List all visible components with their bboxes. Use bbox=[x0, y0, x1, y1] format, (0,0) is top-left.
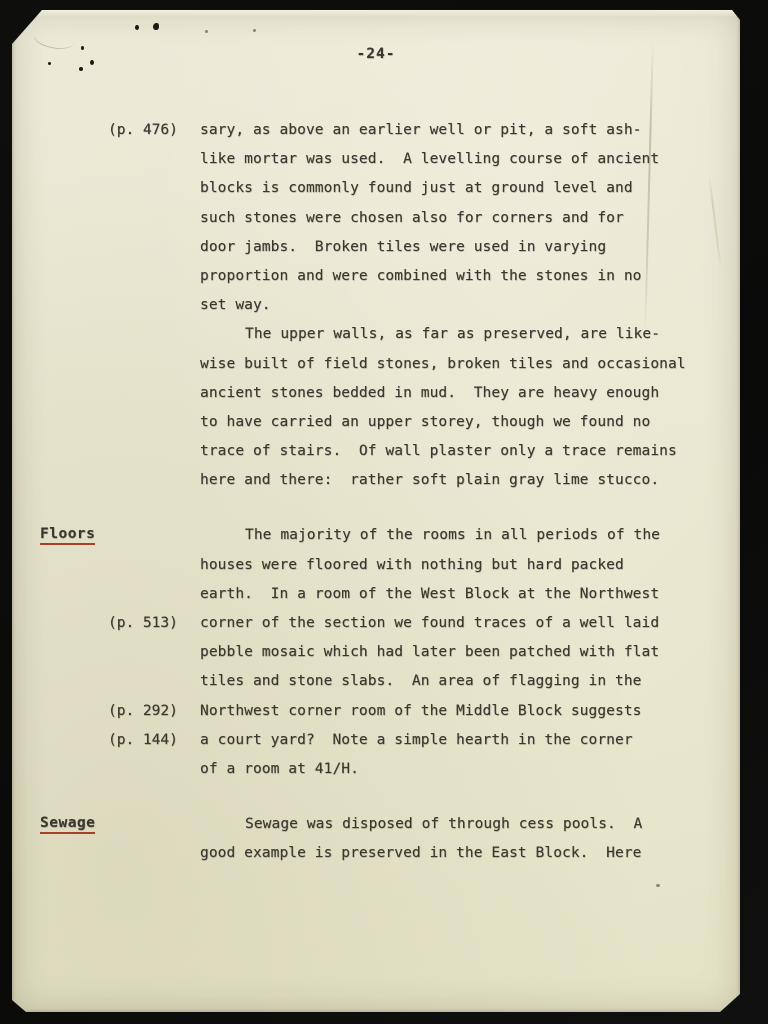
page-number: -24- bbox=[12, 46, 740, 62]
typed-line: Sewage Sewage was disposed of through ce… bbox=[12, 812, 740, 841]
typed-text: tiles and stone slabs. An area of flaggi… bbox=[200, 669, 740, 689]
typed-text: of a room at 41/H. bbox=[200, 757, 740, 777]
typed-text: The majority of the rooms in all periods… bbox=[200, 523, 740, 543]
section-heading: Sewage bbox=[40, 815, 95, 834]
typed-line: (p. 144) a court yard? Note a simple hea… bbox=[12, 728, 740, 757]
typed-text: earth. In a room of the West Block at th… bbox=[200, 582, 740, 602]
typed-text: set way. bbox=[200, 293, 740, 313]
typed-line: set way. bbox=[12, 293, 740, 322]
typed-text: wise built of field stones, broken tiles… bbox=[200, 352, 740, 372]
typed-line: wise built of field stones, broken tiles… bbox=[12, 352, 740, 381]
typed-line: to have carried an upper storey, though … bbox=[12, 410, 740, 439]
typed-text: proportion and were combined with the st… bbox=[200, 264, 740, 284]
staple-hole bbox=[153, 23, 159, 30]
typed-line: trace of stairs. Of wall plaster only a … bbox=[12, 439, 740, 468]
typed-text: Northwest corner room of the Middle Bloc… bbox=[200, 699, 740, 719]
typed-text: blocks is commonly found just at ground … bbox=[200, 176, 740, 196]
paper-speck bbox=[253, 29, 256, 32]
typed-line: tiles and stone slabs. An area of flaggi… bbox=[12, 669, 740, 698]
typed-text: The upper walls, as far as preserved, ar… bbox=[200, 322, 740, 342]
typed-text: houses were floored with nothing but har… bbox=[200, 553, 740, 573]
typed-text: sary, as above an earlier well or pit, a… bbox=[200, 118, 740, 138]
typed-text: ancient stones bedded in mud. They are h… bbox=[200, 381, 740, 401]
typed-line: proportion and were combined with the st… bbox=[12, 264, 740, 293]
margin-page-ref: (p. 513) bbox=[108, 615, 178, 631]
typed-line: ancient stones bedded in mud. They are h… bbox=[12, 381, 740, 410]
typed-text: such stones were chosen also for corners… bbox=[200, 206, 740, 226]
typed-line: (p. 513) corner of the section we found … bbox=[12, 611, 740, 640]
typewritten-page: -24- (p. 476) sary, as above an earlier … bbox=[12, 10, 740, 1012]
typed-line: earth. In a room of the West Block at th… bbox=[12, 582, 740, 611]
typed-line: here and there: rather soft plain gray l… bbox=[12, 468, 740, 497]
typed-text: trace of stairs. Of wall plaster only a … bbox=[200, 439, 740, 459]
margin-page-ref: (p. 476) bbox=[108, 122, 178, 138]
typed-text: a court yard? Note a simple hearth in th… bbox=[200, 728, 740, 748]
typed-line: blocks is commonly found just at ground … bbox=[12, 176, 740, 205]
margin-page-ref: (p. 144) bbox=[108, 732, 178, 748]
typed-text: corner of the section we found traces of… bbox=[200, 611, 740, 631]
typed-line: (p. 292) Northwest corner room of the Mi… bbox=[12, 699, 740, 728]
typed-text: like mortar was used. A levelling course… bbox=[200, 147, 740, 167]
paper-speck bbox=[81, 46, 84, 50]
typed-text: to have carried an upper storey, though … bbox=[200, 410, 740, 430]
staple-hole bbox=[135, 25, 139, 30]
typed-line: such stones were chosen also for corners… bbox=[12, 206, 740, 235]
paper-speck bbox=[656, 884, 660, 887]
paper-speck bbox=[79, 67, 83, 71]
typed-text: pebble mosaic which had later been patch… bbox=[200, 640, 740, 660]
typed-line: (p. 476) sary, as above an earlier well … bbox=[12, 118, 740, 147]
typed-line: good example is preserved in the East Bl… bbox=[12, 841, 740, 870]
typed-line: The upper walls, as far as preserved, ar… bbox=[12, 322, 740, 351]
margin-page-ref: (p. 292) bbox=[108, 703, 178, 719]
paper-speck bbox=[90, 60, 94, 65]
paper-speck bbox=[205, 30, 208, 33]
typed-line: houses were floored with nothing but har… bbox=[12, 553, 740, 582]
typed-line: pebble mosaic which had later been patch… bbox=[12, 640, 740, 669]
typed-line: like mortar was used. A levelling course… bbox=[12, 147, 740, 176]
typed-text: good example is preserved in the East Bl… bbox=[200, 841, 740, 861]
scanned-document-view: -24- (p. 476) sary, as above an earlier … bbox=[0, 0, 768, 1024]
typed-text: door jambs. Broken tiles were used in va… bbox=[200, 235, 740, 255]
typed-line: door jambs. Broken tiles were used in va… bbox=[12, 235, 740, 264]
typed-line: Floors The majority of the rooms in all … bbox=[12, 523, 740, 552]
typed-text: here and there: rather soft plain gray l… bbox=[200, 468, 740, 488]
typed-text: Sewage was disposed of through cess pool… bbox=[200, 812, 740, 832]
typed-lines: (p. 476) sary, as above an earlier well … bbox=[12, 118, 740, 871]
section-heading: Floors bbox=[40, 526, 95, 545]
paper-speck bbox=[48, 62, 51, 65]
typed-line: of a room at 41/H. bbox=[12, 757, 740, 786]
